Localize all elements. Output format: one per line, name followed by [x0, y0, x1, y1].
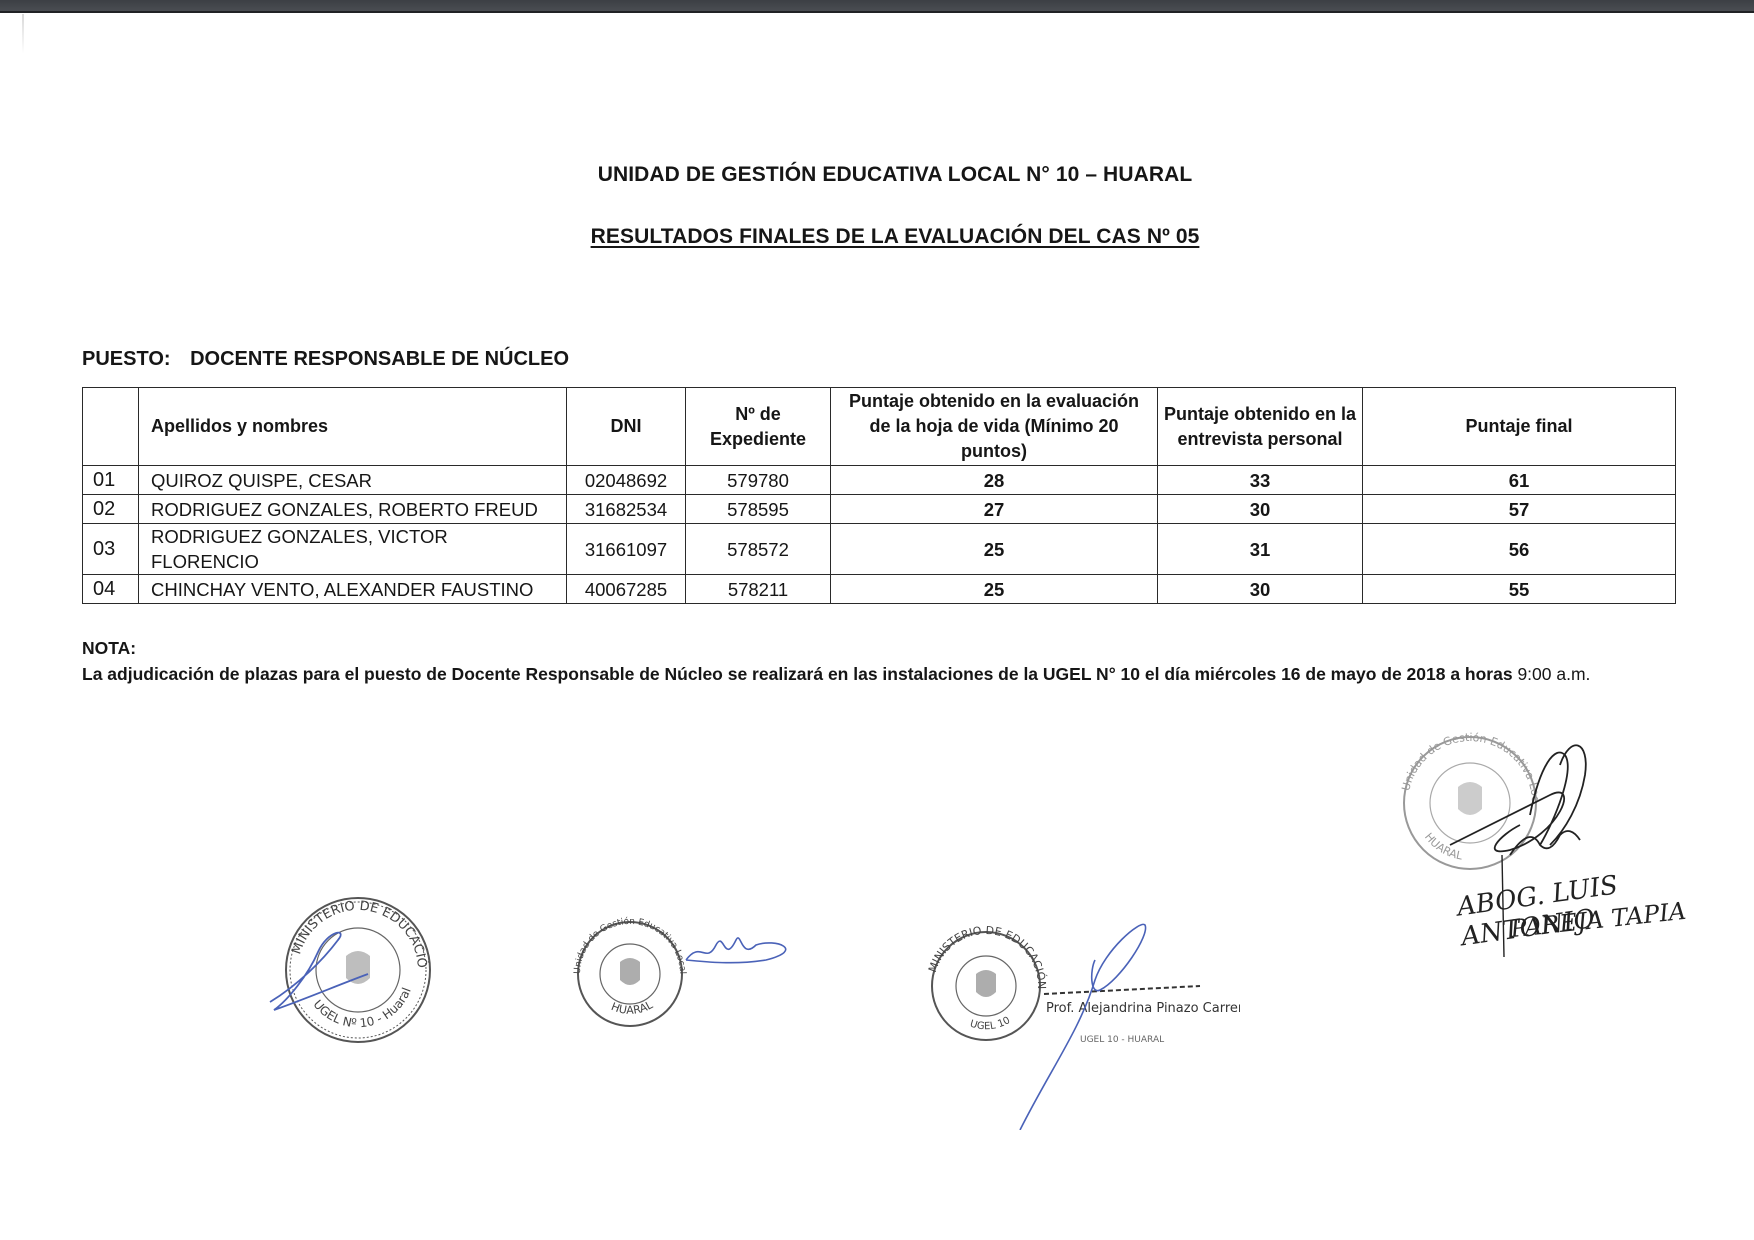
position-label: PUESTO:	[82, 348, 171, 370]
score-final: 61	[1363, 466, 1676, 495]
scan-streak	[22, 14, 24, 54]
candidate-name: RODRIGUEZ GONZALES, ROBERTO FREUD	[139, 495, 567, 524]
results-title: RESULTADOS FINALES DE LA EVALUACIÓN DEL …	[0, 225, 1754, 249]
scan-edge-bar	[0, 0, 1754, 11]
score-hoja-vida: 25	[831, 524, 1158, 575]
official-stamp-icon: MINISTERIO DE EDUCACIÓN UGEL Nº 10 - Hua…	[268, 890, 448, 1050]
table-row: 01 QUIROZ QUISPE, CESAR 02048692 579780 …	[83, 466, 1676, 495]
position-value: DOCENTE RESPONSABLE DE NÚCLEO	[190, 348, 569, 370]
header-hoja-vida: Puntaje obtenido en la evaluación de la …	[831, 388, 1158, 466]
organization-title: UNIDAD DE GESTIÓN EDUCATIVA LOCAL N° 10 …	[0, 163, 1754, 187]
table-header-row: Apellidos y nombres DNI Nº de Expediente…	[83, 388, 1676, 466]
score-entrevista: 30	[1158, 575, 1363, 604]
score-entrevista: 33	[1158, 466, 1363, 495]
score-final: 57	[1363, 495, 1676, 524]
candidate-name: QUIROZ QUISPE, CESAR	[139, 466, 567, 495]
candidate-name: RODRIGUEZ GONZALES, VICTOR FLORENCIO	[139, 524, 567, 575]
note-body: La adjudicación de plazas para el puesto…	[82, 664, 1517, 684]
row-number: 04	[83, 575, 139, 604]
candidate-expediente: 578595	[686, 495, 831, 524]
header-dni: DNI	[567, 388, 686, 466]
scan-edge-line	[0, 11, 1754, 13]
svg-text:Prof. Alejandrina Pinazo Carre: Prof. Alejandrina Pinazo Carrera	[1046, 1001, 1240, 1016]
results-table: Apellidos y nombres DNI Nº de Expediente…	[82, 387, 1676, 604]
score-final: 56	[1363, 524, 1676, 575]
table-row: 02 RODRIGUEZ GONZALES, ROBERTO FREUD 316…	[83, 495, 1676, 524]
score-final: 55	[1363, 575, 1676, 604]
candidate-name: CHINCHAY VENTO, ALEXANDER FAUSTINO	[139, 575, 567, 604]
score-hoja-vida: 28	[831, 466, 1158, 495]
candidate-dni: 02048692	[567, 466, 686, 495]
row-number: 02	[83, 495, 139, 524]
position-line: PUESTO: DOCENTE RESPONSABLE DE NÚCLEO	[82, 348, 569, 371]
candidate-expediente: 578572	[686, 524, 831, 575]
official-stamp-icon: Unidad de Gestión Educativa Local Nº 10 …	[566, 910, 806, 1030]
row-number: 01	[83, 466, 139, 495]
header-entrevista: Puntaje obtenido en la entrevista person…	[1158, 388, 1363, 466]
header-expediente: Nº de Expediente	[686, 388, 831, 466]
official-stamp-icon: MINISTERIO DE EDUCACIÓN UGEL 10 Prof. Al…	[920, 920, 1240, 1130]
candidate-dni: 40067285	[567, 575, 686, 604]
note-time: 9:00 a.m.	[1517, 664, 1590, 684]
candidate-dni: 31682534	[567, 495, 686, 524]
row-number: 03	[83, 524, 139, 575]
candidate-dni: 31661097	[567, 524, 686, 575]
note-title: NOTA:	[82, 638, 136, 659]
header-number	[83, 388, 139, 466]
svg-text:UGEL 10: UGEL 10	[969, 1015, 1013, 1032]
table-row: 03 RODRIGUEZ GONZALES, VICTOR FLORENCIO …	[83, 524, 1676, 575]
score-entrevista: 30	[1158, 495, 1363, 524]
candidate-expediente: 579780	[686, 466, 831, 495]
score-entrevista: 31	[1158, 524, 1363, 575]
svg-text:UGEL Nº 10 - Huaral: UGEL Nº 10 - Huaral	[310, 986, 413, 1031]
header-final: Puntaje final	[1363, 388, 1676, 466]
score-hoja-vida: 27	[831, 495, 1158, 524]
score-hoja-vida: 25	[831, 575, 1158, 604]
table-row: 04 CHINCHAY VENTO, ALEXANDER FAUSTINO 40…	[83, 575, 1676, 604]
note-text: La adjudicación de plazas para el puesto…	[82, 664, 1590, 685]
header-name: Apellidos y nombres	[139, 388, 567, 466]
candidate-expediente: 578211	[686, 575, 831, 604]
svg-text:UGEL 10 - HUARAL: UGEL 10 - HUARAL	[1080, 1035, 1164, 1045]
svg-text:HUARAL: HUARAL	[1422, 830, 1464, 862]
